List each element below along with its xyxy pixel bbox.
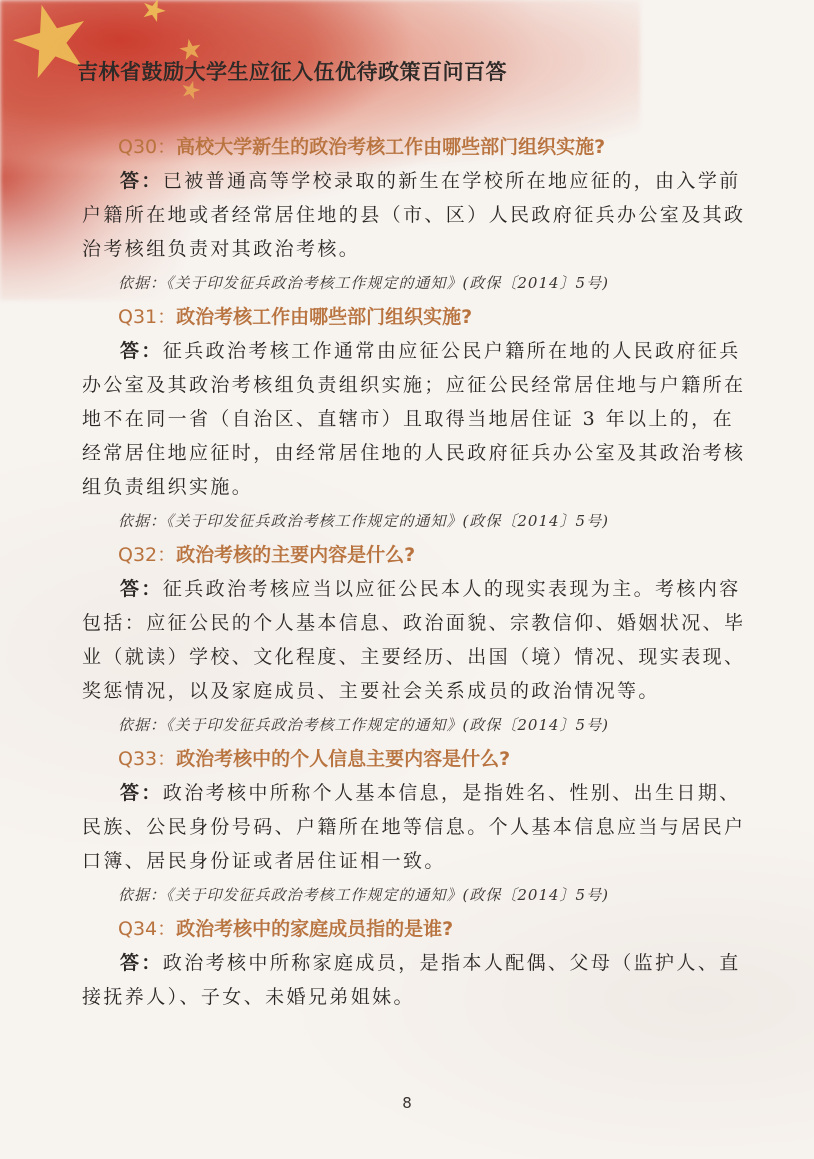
question-text: 高校大学新生的政治考核工作由哪些部门组织实施? <box>176 136 605 158</box>
question-text: 政治考核中的家庭成员指的是谁? <box>176 918 453 940</box>
question-heading: Q32：政治考核的主要内容是什么? <box>0 538 814 572</box>
qa-item-32: Q32：政治考核的主要内容是什么? 答：征兵政治考核应当以应征公民本人的现实表现… <box>0 538 814 742</box>
qa-item-31: Q31：政治考核工作由哪些部门组织实施? 答：征兵政治考核工作通常由应征公民户籍… <box>0 300 814 538</box>
answer-paragraph: 答：征兵政治考核应当以应征公民本人的现实表现为主。考核内容包括：应征公民的个人基… <box>0 572 746 708</box>
question-heading: Q31：政治考核工作由哪些部门组织实施? <box>0 300 814 334</box>
answer-label: 答： <box>120 170 163 192</box>
answer-label: 答： <box>120 952 163 974</box>
question-text: 政治考核工作由哪些部门组织实施? <box>176 306 472 328</box>
answer-label: 答： <box>120 782 163 804</box>
question-number: Q30： <box>118 136 176 158</box>
page-number: 8 <box>0 1094 814 1112</box>
question-heading: Q34：政治考核中的家庭成员指的是谁? <box>0 912 814 946</box>
legal-basis: 依据：《关于印发征兵政治考核工作规定的通知》(政保〔2014〕5号) <box>0 504 814 538</box>
answer-text: 已被普通高等学校录取的新生在学校所在地应征的，由入学前户籍所在地或者经常居住地的… <box>82 170 745 260</box>
question-heading: Q33：政治考核中的个人信息主要内容是什么? <box>0 742 814 776</box>
qa-item-34: Q34：政治考核中的家庭成员指的是谁? 答：政治考核中所称家庭成员，是指本人配偶… <box>0 912 814 1014</box>
question-number: Q34： <box>118 918 176 940</box>
question-text: 政治考核中的个人信息主要内容是什么? <box>176 748 510 770</box>
answer-paragraph: 答：政治考核中所称个人基本信息，是指姓名、性别、出生日期、民族、公民身份号码、户… <box>0 776 746 878</box>
legal-basis: 依据：《关于印发征兵政治考核工作规定的通知》(政保〔2014〕5号) <box>0 878 814 912</box>
answer-text: 政治考核中所称个人基本信息，是指姓名、性别、出生日期、民族、公民身份号码、户籍所… <box>82 782 745 872</box>
answer-label: 答： <box>120 340 163 362</box>
legal-basis: 依据：《关于印发征兵政治考核工作规定的通知》(政保〔2014〕5号) <box>0 266 814 300</box>
qa-content: Q30：高校大学新生的政治考核工作由哪些部门组织实施? 答：已被普通高等学校录取… <box>0 130 814 1014</box>
qa-item-33: Q33：政治考核中的个人信息主要内容是什么? 答：政治考核中所称个人基本信息，是… <box>0 742 814 912</box>
question-number: Q33： <box>118 748 176 770</box>
answer-text: 政治考核中所称家庭成员，是指本人配偶、父母（监护人、直接抚养人）、子女、未婚兄弟… <box>82 952 741 1008</box>
answer-paragraph: 答：征兵政治考核工作通常由应征公民户籍所在地的人民政府征兵办公室及其政治考核组负… <box>0 334 746 504</box>
answer-text: 征兵政治考核工作通常由应征公民户籍所在地的人民政府征兵办公室及其政治考核组负责组… <box>82 340 745 498</box>
qa-item-30: Q30：高校大学新生的政治考核工作由哪些部门组织实施? 答：已被普通高等学校录取… <box>0 130 814 300</box>
answer-paragraph: 答：已被普通高等学校录取的新生在学校所在地应征的，由入学前户籍所在地或者经常居住… <box>0 164 746 266</box>
question-heading: Q30：高校大学新生的政治考核工作由哪些部门组织实施? <box>0 130 814 164</box>
legal-basis: 依据：《关于印发征兵政治考核工作规定的通知》(政保〔2014〕5号) <box>0 708 814 742</box>
answer-label: 答： <box>120 578 163 600</box>
answer-text: 征兵政治考核应当以应征公民本人的现实表现为主。考核内容包括：应征公民的个人基本信… <box>82 578 745 702</box>
document-title: 吉林省鼓励大学生应征入伍优待政策百问百答 <box>77 56 507 86</box>
question-text: 政治考核的主要内容是什么? <box>176 544 415 566</box>
answer-paragraph: 答：政治考核中所称家庭成员，是指本人配偶、父母（监护人、直接抚养人）、子女、未婚… <box>0 946 746 1014</box>
question-number: Q32： <box>118 544 176 566</box>
question-number: Q31： <box>118 306 176 328</box>
